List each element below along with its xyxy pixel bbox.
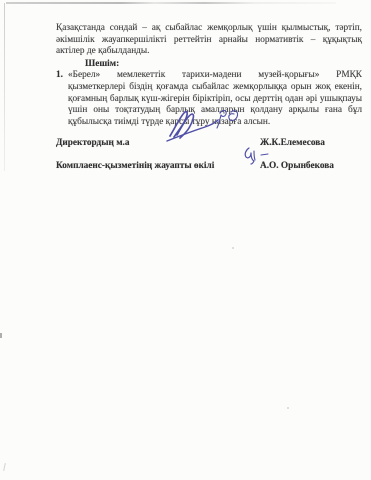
- scan-top-edge-artifact: [6, 2, 336, 4]
- signatory-title: Комплаенс-қызметінің жауапты өкілі: [56, 161, 214, 173]
- signatory-name: А.О. Орынбекова: [260, 161, 362, 173]
- decision-item-text: «Берел» мемлекеттік тарихи-мәдени музей-…: [68, 70, 362, 128]
- decision-item-1: 1. «Берел» мемлекеттік тарихи-мәдени муз…: [56, 70, 362, 128]
- signatory-title: Директордың м.а: [56, 138, 130, 150]
- decision-item-number: 1.: [56, 70, 68, 128]
- intro-paragraph: Қазақстанда сондай – ақ сыбайлас жемқорл…: [56, 23, 362, 58]
- scan-edge-mark: [3, 463, 6, 471]
- decision-heading: Шешім:: [85, 59, 362, 71]
- scan-left-edge-artifact: [4, 3, 5, 171]
- scanned-document-page: { "document": { "body_paragraph": "Қазақ…: [0, 0, 371, 480]
- scan-speck: [287, 407, 289, 409]
- signatory-name: Ж.К.Елемесова: [260, 138, 362, 150]
- scan-speck: [232, 247, 234, 249]
- scan-edge-mark: [0, 333, 2, 338]
- signature-row-compliance: Комплаенс-қызметінің жауапты өкілі А.О. …: [56, 161, 362, 173]
- document-body: Қазақстанда сондай – ақ сыбайлас жемқорл…: [56, 23, 362, 173]
- signature-row-director: Директордың м.а Ж.К.Елемесова: [56, 138, 362, 150]
